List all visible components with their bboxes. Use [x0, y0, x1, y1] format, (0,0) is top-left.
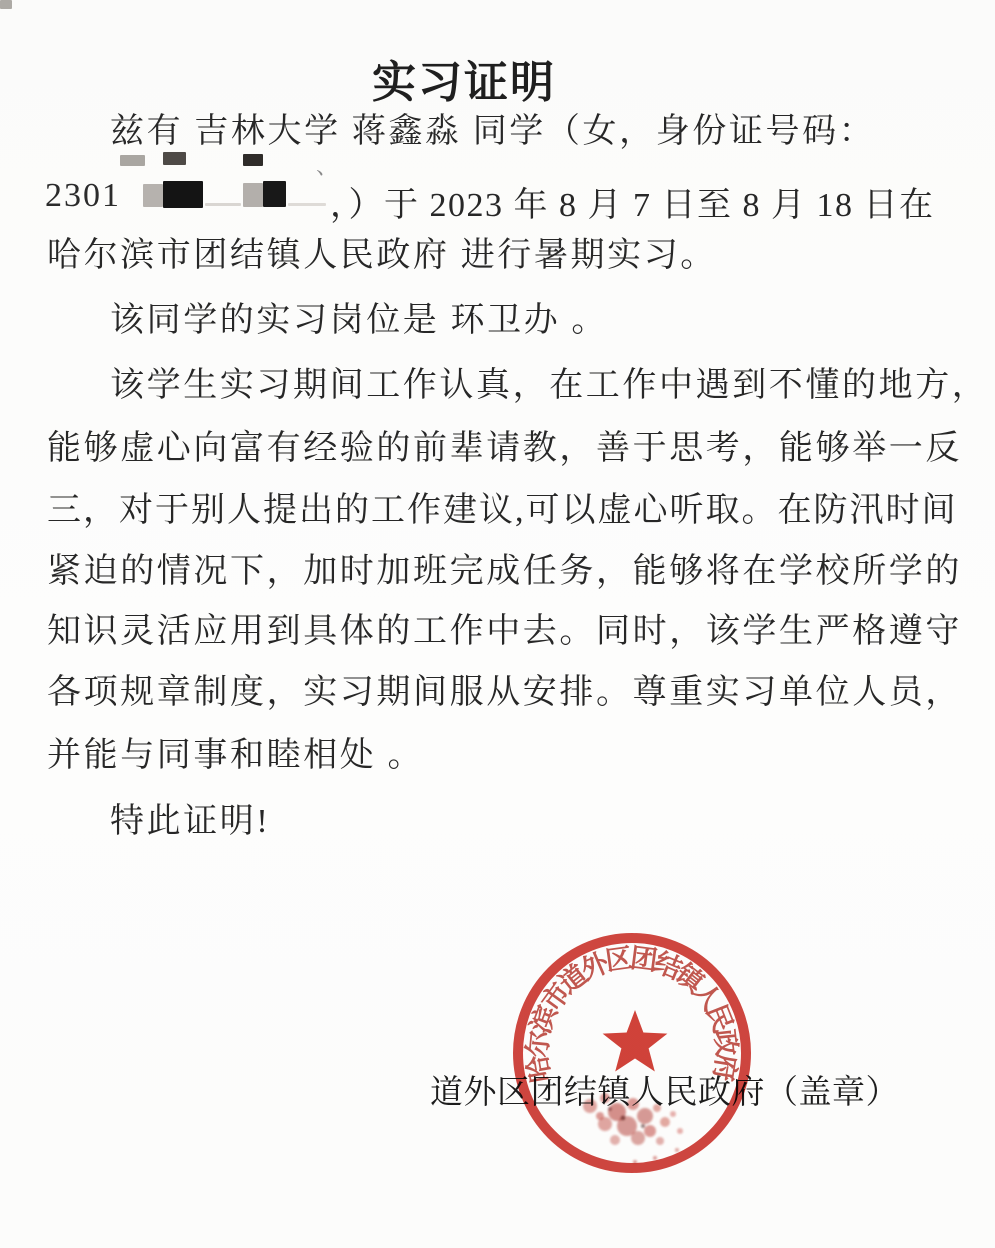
redaction-block — [163, 152, 186, 165]
body-line-p3-1: 该学生实习期间工作认真，在工作中遇到不懂的地方， — [110, 366, 988, 406]
body-line-p1-3: 哈尔滨市团结镇人民政府 进行暑期实习。 — [47, 236, 717, 276]
body-line-p1-2: 2301 ，）于 2023 年 8 月 7 日至 8 月 18 日在 — [0, 177, 995, 219]
redaction-block — [243, 154, 263, 166]
redaction-block — [143, 184, 163, 207]
redaction-block — [243, 183, 263, 207]
closing-line: 特此证明! — [110, 802, 270, 842]
scan-corner-artifact — [0, 0, 12, 9]
body-line-p3-7: 并能与同事和睦相处 。 — [47, 736, 424, 776]
star-icon — [603, 1010, 668, 1072]
body-line-p3-4: 紧迫的情况下，加时加班完成任务，能够将在学校所学的 — [47, 552, 962, 592]
redaction-faint-mark — [205, 203, 241, 206]
redaction-block — [163, 181, 203, 208]
body-line-p3-3: 三，对于别人提出的工作建议,可以虚心听取。在防汛时间 — [47, 491, 958, 531]
body-line-p3-6: 各项规章制度，实习期间服从安排。尊重实习单位人员， — [47, 673, 962, 713]
internship-dates-text: ，）于 2023 年 8 月 7 日至 8 月 18 日在 — [330, 177, 935, 226]
body-line-p3-5: 知识灵活应用到具体的工作中去。同时，该学生严格遵守 — [47, 612, 962, 652]
seal-ink-smudge — [583, 1093, 683, 1164]
id-number-prefix: 2301 — [45, 177, 121, 215]
internship-certificate-page: 实习证明 兹有 吉林大学 蒋鑫淼 同学（女，身份证号码： 、 2301 ，）于 … — [0, 0, 995, 1248]
body-line-p2-1: 该同学的实习岗位是 环卫办 。 — [110, 301, 608, 341]
page-title: 实习证明 — [372, 46, 556, 110]
official-seal-stamp: 哈尔滨市道外区团结镇人民政府 — [505, 926, 761, 1182]
body-line-p3-2: 能够虚心向富有经验的前辈请教，善于思考，能够举一反 — [47, 429, 962, 469]
body-line-p1-1: 兹有 吉林大学 蒋鑫淼 同学（女，身份证号码： — [110, 112, 875, 152]
redaction-faint-mark — [288, 203, 326, 206]
redaction-block — [263, 181, 286, 207]
redaction-block — [120, 155, 145, 166]
